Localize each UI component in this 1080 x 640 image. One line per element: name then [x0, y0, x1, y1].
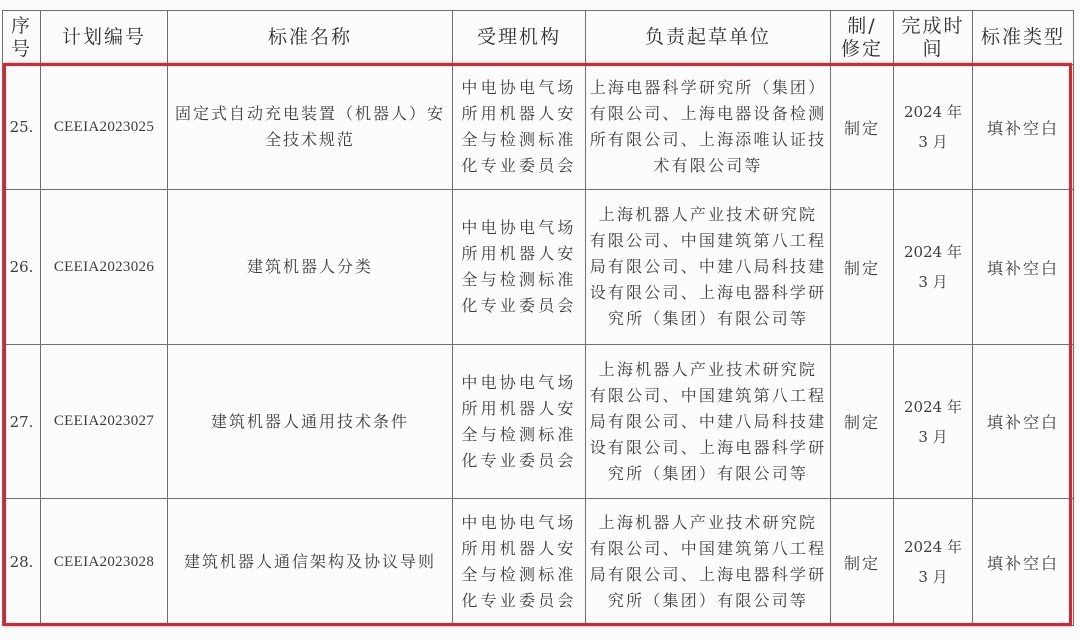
drafter-line: 设有限公司、上海电器科学研: [586, 435, 830, 461]
cell-completion: 2024 年 3 月: [894, 499, 973, 626]
cell-drafting-unit: 上海机器人产业技术研究院 有限公司、中国建筑第八工程 局有限公司、中建八局科技建…: [586, 345, 831, 499]
cell-std-name: 固定式自动充电装置（机器人）安 全技术规范: [168, 65, 453, 190]
drafter-line: 上海电器科学研究所（集团）: [586, 75, 830, 101]
cell-std-type: 填补空白: [973, 190, 1074, 345]
header-seq-line1: 序: [3, 15, 40, 38]
table-row: 27. CEEIA2023027 建筑机器人通用技术条件 中电协电气场 所用机器…: [3, 345, 1074, 499]
standards-plan-table: 序 号 计划编号 标准名称 受理机构 负责起草单位 制/ 修定 完成时 间 标准…: [2, 10, 1074, 626]
cell-completion: 2024 年 3 月: [894, 190, 973, 345]
completion-year: 2024 年: [894, 532, 972, 562]
cell-std-type: 填补空白: [973, 345, 1074, 499]
drafter-line: 所有限公司、上海添唯认证技: [586, 127, 830, 153]
cell-completion: 2024 年 3 月: [894, 345, 973, 499]
drafter-line: 究所（集团）有限公司等: [586, 306, 830, 332]
header-std-name: 标准名称: [168, 11, 453, 65]
cell-revision: 制定: [831, 65, 894, 190]
cell-std-name: 建筑机器人分类: [168, 190, 453, 345]
org-line: 所用机器人安: [453, 536, 585, 562]
org-line: 中电协电气场: [453, 510, 585, 536]
header-revision-line2: 修定: [831, 38, 893, 61]
cell-revision: 制定: [831, 345, 894, 499]
header-seq: 序 号: [3, 11, 41, 65]
header-drafting-unit: 负责起草单位: [586, 11, 831, 65]
drafter-line: 局有限公司、中建八局科技建: [586, 254, 830, 280]
org-line: 化专业委员会: [453, 448, 585, 474]
drafter-line: 上海机器人产业技术研究院: [586, 357, 830, 383]
drafter-line: 术有限公司等: [586, 153, 830, 179]
header-completion-line2: 间: [894, 38, 972, 61]
org-line: 全与检测标准: [453, 562, 585, 588]
cell-accepting-org: 中电协电气场 所用机器人安 全与检测标准 化专业委员会: [453, 65, 586, 190]
header-plan-no: 计划编号: [41, 11, 168, 65]
completion-year: 2024 年: [894, 392, 972, 422]
header-seq-line2: 号: [3, 38, 40, 61]
drafter-line: 究所（集团）有限公司等: [586, 461, 830, 487]
cell-seq: 28.: [3, 499, 41, 626]
std-name-line: 建筑机器人分类: [168, 254, 452, 280]
document-page: 序 号 计划编号 标准名称 受理机构 负责起草单位 制/ 修定 完成时 间 标准…: [0, 0, 1080, 640]
completion-year: 2024 年: [894, 97, 972, 127]
org-line: 所用机器人安: [453, 101, 585, 127]
table-header-row: 序 号 计划编号 标准名称 受理机构 负责起草单位 制/ 修定 完成时 间 标准…: [3, 11, 1074, 65]
table-row: 25. CEEIA2023025 固定式自动充电装置（机器人）安 全技术规范 中…: [3, 65, 1074, 190]
header-revision: 制/ 修定: [831, 11, 894, 65]
cell-drafting-unit: 上海电器科学研究所（集团） 有限公司、上海电器设备检测 所有限公司、上海添唯认证…: [586, 65, 831, 190]
org-line: 全与检测标准: [453, 127, 585, 153]
org-line: 全与检测标准: [453, 267, 585, 293]
cell-completion: 2024 年 3 月: [894, 65, 973, 190]
drafter-line: 有限公司、中国建筑第八工程: [586, 383, 830, 409]
cell-drafting-unit: 上海机器人产业技术研究院 有限公司、中国建筑第八工程 局有限公司、上海电器科学研…: [586, 499, 831, 626]
cell-revision: 制定: [831, 499, 894, 626]
std-name-line: 建筑机器人通用技术条件: [168, 409, 452, 435]
drafter-line: 局有限公司、上海电器科学研: [586, 562, 830, 588]
cell-plan-no: CEEIA2023028: [41, 499, 168, 626]
drafter-line: 有限公司、中国建筑第八工程: [586, 228, 830, 254]
header-completion: 完成时 间: [894, 11, 973, 65]
drafter-line: 上海机器人产业技术研究院: [586, 202, 830, 228]
cell-drafting-unit: 上海机器人产业技术研究院 有限公司、中国建筑第八工程 局有限公司、中建八局科技建…: [586, 190, 831, 345]
org-line: 所用机器人安: [453, 241, 585, 267]
cell-std-name: 建筑机器人通用技术条件: [168, 345, 453, 499]
std-name-line: 固定式自动充电装置（机器人）安: [168, 101, 452, 127]
drafter-line: 上海机器人产业技术研究院: [586, 510, 830, 536]
cell-seq: 26.: [3, 190, 41, 345]
org-line: 中电协电气场: [453, 215, 585, 241]
cell-plan-no: CEEIA2023026: [41, 190, 168, 345]
table-row: 28. CEEIA2023028 建筑机器人通信架构及协议导则 中电协电气场 所…: [3, 499, 1074, 626]
std-name-line: 建筑机器人通信架构及协议导则: [168, 549, 452, 575]
org-line: 所用机器人安: [453, 396, 585, 422]
cell-plan-no: CEEIA2023025: [41, 65, 168, 190]
completion-month: 3 月: [894, 267, 972, 297]
completion-month: 3 月: [894, 422, 972, 452]
org-line: 中电协电气场: [453, 75, 585, 101]
header-completion-line1: 完成时: [894, 15, 972, 38]
cell-std-type: 填补空白: [973, 65, 1074, 190]
completion-month: 3 月: [894, 562, 972, 592]
cell-seq: 25.: [3, 65, 41, 190]
org-line: 化专业委员会: [453, 588, 585, 614]
header-revision-line1: 制/: [831, 15, 893, 38]
org-line: 中电协电气场: [453, 370, 585, 396]
cell-std-name: 建筑机器人通信架构及协议导则: [168, 499, 453, 626]
cell-plan-no: CEEIA2023027: [41, 345, 168, 499]
drafter-line: 设有限公司、上海电器科学研: [586, 280, 830, 306]
drafter-line: 有限公司、中国建筑第八工程: [586, 536, 830, 562]
org-line: 全与检测标准: [453, 422, 585, 448]
drafter-line: 究所（集团）有限公司等: [586, 588, 830, 614]
cell-accepting-org: 中电协电气场 所用机器人安 全与检测标准 化专业委员会: [453, 345, 586, 499]
cell-accepting-org: 中电协电气场 所用机器人安 全与检测标准 化专业委员会: [453, 190, 586, 345]
completion-month: 3 月: [894, 127, 972, 157]
std-name-line: 全技术规范: [168, 127, 452, 153]
header-std-type: 标准类型: [973, 11, 1074, 65]
org-line: 化专业委员会: [453, 153, 585, 179]
cell-std-type: 填补空白: [973, 499, 1074, 626]
header-accepting-org: 受理机构: [453, 11, 586, 65]
cell-revision: 制定: [831, 190, 894, 345]
completion-year: 2024 年: [894, 237, 972, 267]
org-line: 化专业委员会: [453, 293, 585, 319]
drafter-line: 局有限公司、中建八局科技建: [586, 409, 830, 435]
cell-accepting-org: 中电协电气场 所用机器人安 全与检测标准 化专业委员会: [453, 499, 586, 626]
table-row: 26. CEEIA2023026 建筑机器人分类 中电协电气场 所用机器人安 全…: [3, 190, 1074, 345]
cell-seq: 27.: [3, 345, 41, 499]
drafter-line: 有限公司、上海电器设备检测: [586, 101, 830, 127]
